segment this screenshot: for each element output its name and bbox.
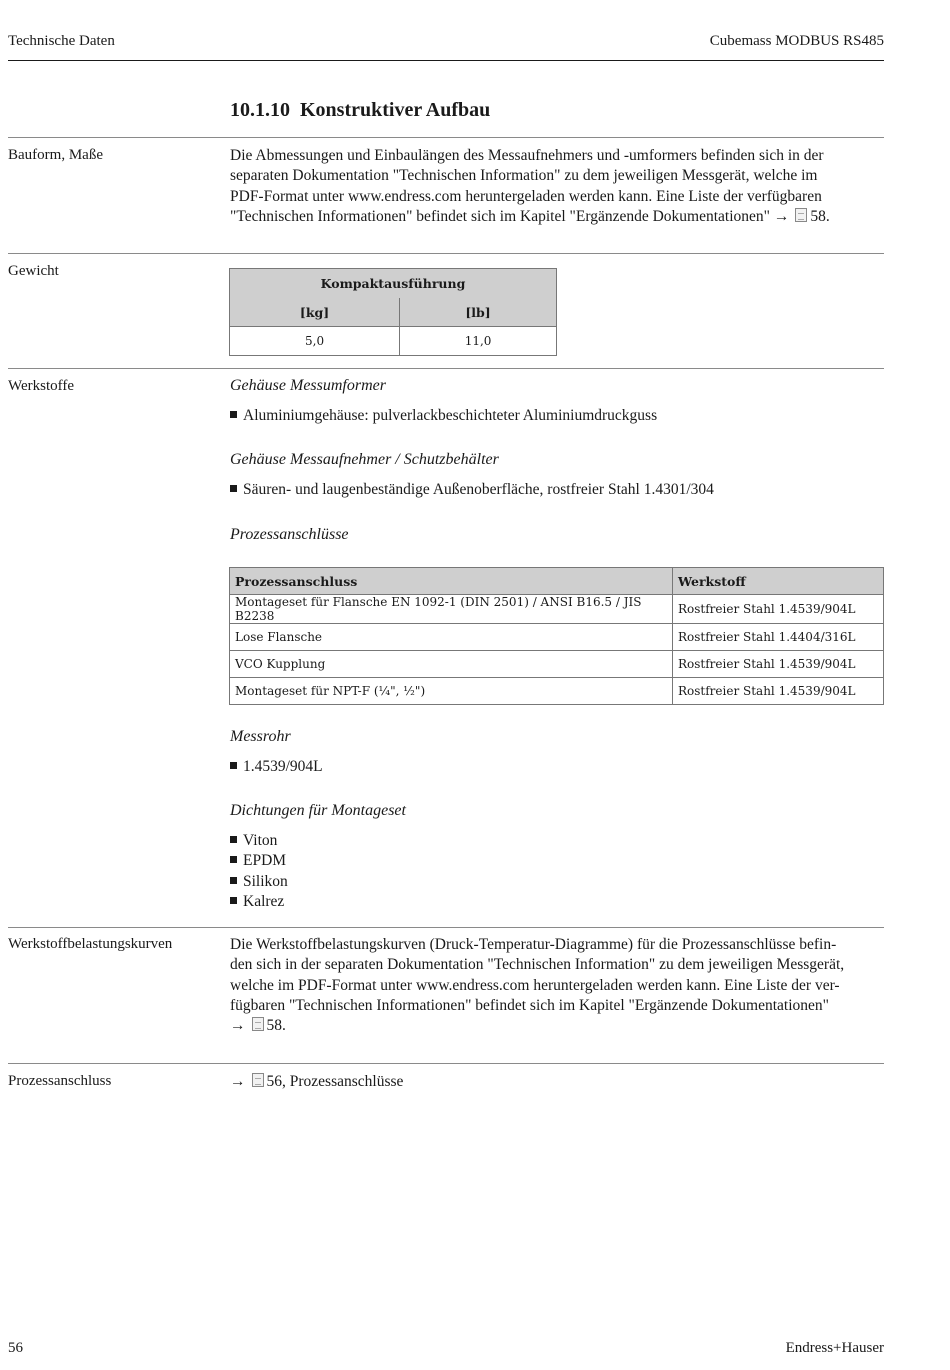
list-item: Kalrez	[230, 892, 288, 912]
prozessanschluss-ref: →56, Prozessanschlüsse	[230, 1072, 885, 1092]
bullet-icon	[230, 762, 237, 769]
bullet-icon	[230, 411, 237, 418]
list-item: Viton	[230, 831, 288, 851]
list-item: Säuren- und laugenbeständige Außenoberfl…	[230, 480, 714, 500]
subheading-dichtungen: Dichtungen für Montageset	[230, 802, 406, 820]
page-reference-icon	[252, 1017, 264, 1031]
page-reference-icon	[252, 1073, 264, 1087]
list-item: 1.4539/904L	[230, 757, 323, 777]
weight-value-kg: 5,0	[230, 327, 400, 356]
row-label-gewicht: Gewicht	[8, 263, 59, 280]
table-row: VCO Kupplung Rostfreier Stahl 1.4539/904…	[230, 651, 884, 678]
weight-col-lb: [lb]	[400, 298, 557, 327]
subheading-gehaeuse-messaufnehmer: Gehäuse Messaufnehmer / Schutzbehälter	[230, 451, 499, 469]
section-title: 10.1.10 Konstruktiver Aufbau	[230, 99, 490, 122]
row-divider	[8, 368, 884, 369]
col-header-werkstoff: Werkstoff	[673, 568, 884, 595]
bullet-icon	[230, 856, 237, 863]
row-label-bauform: Bauform, Maße	[8, 147, 103, 164]
bullet-icon	[230, 897, 237, 904]
weight-col-kg: [kg]	[230, 298, 400, 327]
seal-list: Viton EPDM Silikon Kalrez	[230, 831, 288, 913]
arrow-icon: →	[230, 1073, 246, 1090]
subheading-prozessanschluesse: Prozessanschlüsse	[230, 526, 349, 544]
bullet-icon	[230, 877, 237, 884]
footer-brand: Endress+Hauser	[786, 1340, 884, 1357]
row-divider	[8, 253, 884, 254]
subheading-messrohr: Messrohr	[230, 728, 291, 746]
row-label-prozessanschluss: Prozessanschluss	[8, 1073, 111, 1090]
header-divider	[8, 60, 884, 61]
section-heading: Konstruktiver Aufbau	[300, 99, 490, 121]
page-reference-icon	[795, 208, 807, 222]
list-item: EPDM	[230, 851, 288, 871]
section-number: 10.1.10	[230, 99, 290, 121]
row-divider	[8, 137, 884, 138]
page-reference-link[interactable]: 56, Prozessanschlüsse	[267, 1073, 404, 1090]
weight-value-lb: 11,0	[400, 327, 557, 356]
bullet-icon	[230, 485, 237, 492]
row-divider	[8, 927, 884, 928]
row-label-belastungskurven: Werkstoffbelastungskurven	[8, 936, 172, 953]
row-label-werkstoffe: Werkstoffe	[8, 378, 74, 395]
table-row: Montageset für NPT-F (¼", ½") Rostfreier…	[230, 678, 884, 705]
table-row: Montageset für Flansche EN 1092-1 (DIN 2…	[230, 595, 884, 624]
belastungskurven-text: Die Werkstoffbelastungskurven (Druck-Tem…	[230, 935, 885, 1036]
bullet-icon	[230, 836, 237, 843]
process-connection-table: Prozessanschluss Werkstoff Montageset fü…	[229, 567, 884, 705]
bauform-text: Die Abmessungen und Einbaulängen des Mes…	[230, 146, 885, 227]
row-divider	[8, 1063, 884, 1064]
subheading-gehaeuse-messumformer: Gehäuse Messumformer	[230, 377, 386, 395]
weight-table-group-header: Kompaktausführung	[230, 269, 557, 299]
page-number: 56	[8, 1340, 23, 1357]
page-reference-link[interactable]: 58.	[267, 1017, 286, 1034]
list-item: Silikon	[230, 872, 288, 892]
weight-table: Kompaktausführung [kg] [lb] 5,0 11,0	[229, 268, 557, 356]
running-header-left: Technische Daten	[8, 33, 115, 50]
col-header-prozessanschluss: Prozessanschluss	[230, 568, 673, 595]
running-header-right: Cubemass MODBUS RS485	[710, 33, 884, 50]
list-item: Aluminiumgehäuse: pulverlackbeschichtete…	[230, 406, 657, 426]
page-reference-link[interactable]: 58.	[810, 208, 829, 225]
table-row: Lose Flansche Rostfreier Stahl 1.4404/31…	[230, 624, 884, 651]
